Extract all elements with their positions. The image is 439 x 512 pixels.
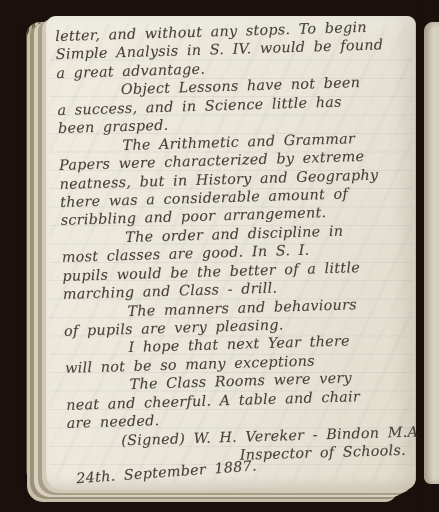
book-gutter xyxy=(415,0,424,512)
handwriting-block: letter, and without any stops. To begin … xyxy=(55,17,430,488)
notebook-photo: letter, and without any stops. To begin … xyxy=(0,0,439,512)
next-page-edge xyxy=(424,22,439,484)
journal-page: letter, and without any stops. To begin … xyxy=(46,16,416,490)
